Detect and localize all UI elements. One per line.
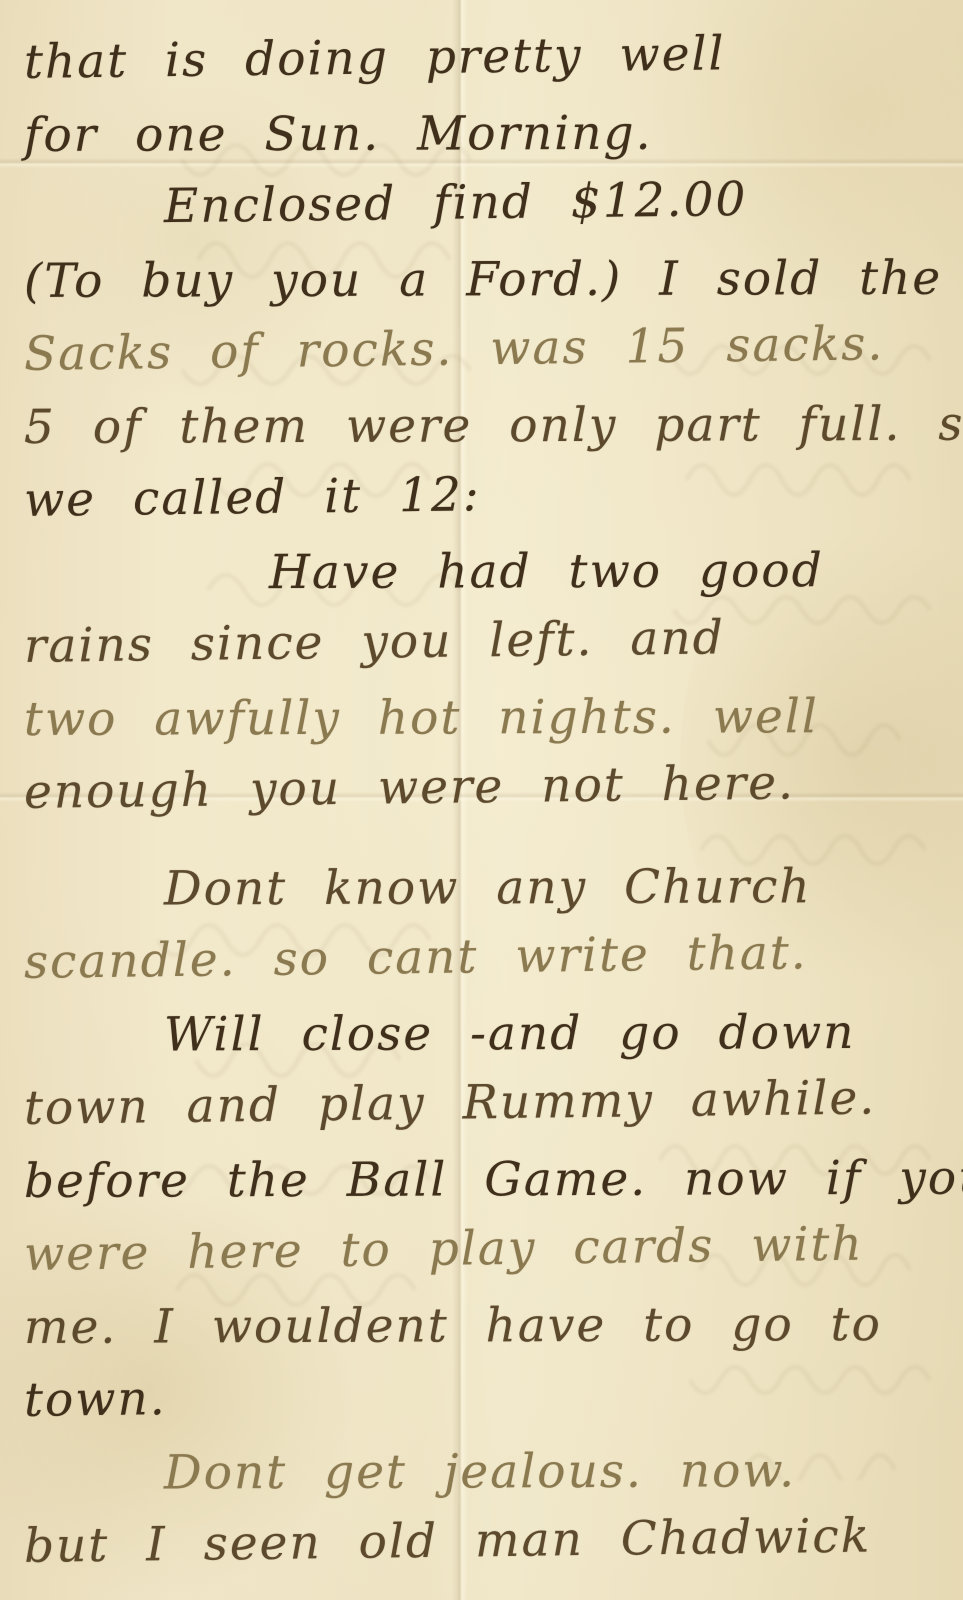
- letter-line: Enclosed find $12.00: [14, 160, 958, 245]
- letter-scan: { "document": { "kind": "handwritten-let…: [0, 0, 963, 1600]
- letter-line: that is doing pretty well: [14, 14, 958, 99]
- letter-line: scandle. so cant write that.: [14, 914, 958, 999]
- letter-line: 5 of them were only part full. so: [14, 388, 957, 464]
- letter-line: we called it 12:: [14, 452, 958, 537]
- letter-line: were here to play cards with: [14, 1206, 958, 1291]
- letter-line: Sacks of rocks. was 15 sacks.: [14, 306, 958, 391]
- letter-line: but I seen old man Chadwick: [14, 1498, 958, 1583]
- letter-line: two awfully hot nights. well: [14, 680, 957, 756]
- letter-line: Have had two good: [14, 534, 957, 610]
- letter-line: town.: [14, 1352, 958, 1437]
- letter-line: for one Sun. Morning.: [14, 96, 957, 172]
- letter-line: Dont get jealous. now.: [14, 1434, 957, 1510]
- letter-line: me. I wouldent have to go to: [14, 1288, 957, 1364]
- letter-line: (To buy you a Ford.) I sold the: [14, 242, 957, 318]
- letter-line: rains since you left. and: [14, 598, 958, 683]
- letter-line: enough you were not here.: [14, 744, 958, 829]
- letter-line: before the Ball Game. now if your: [14, 1142, 957, 1218]
- letter-page: that is doing pretty wellfor one Sun. Mo…: [14, 26, 957, 1583]
- letter-line: Dont know any Church: [14, 850, 957, 926]
- letter-line: Will close -and go down: [14, 996, 957, 1072]
- letter-line: town and play Rummy awhile.: [14, 1060, 958, 1145]
